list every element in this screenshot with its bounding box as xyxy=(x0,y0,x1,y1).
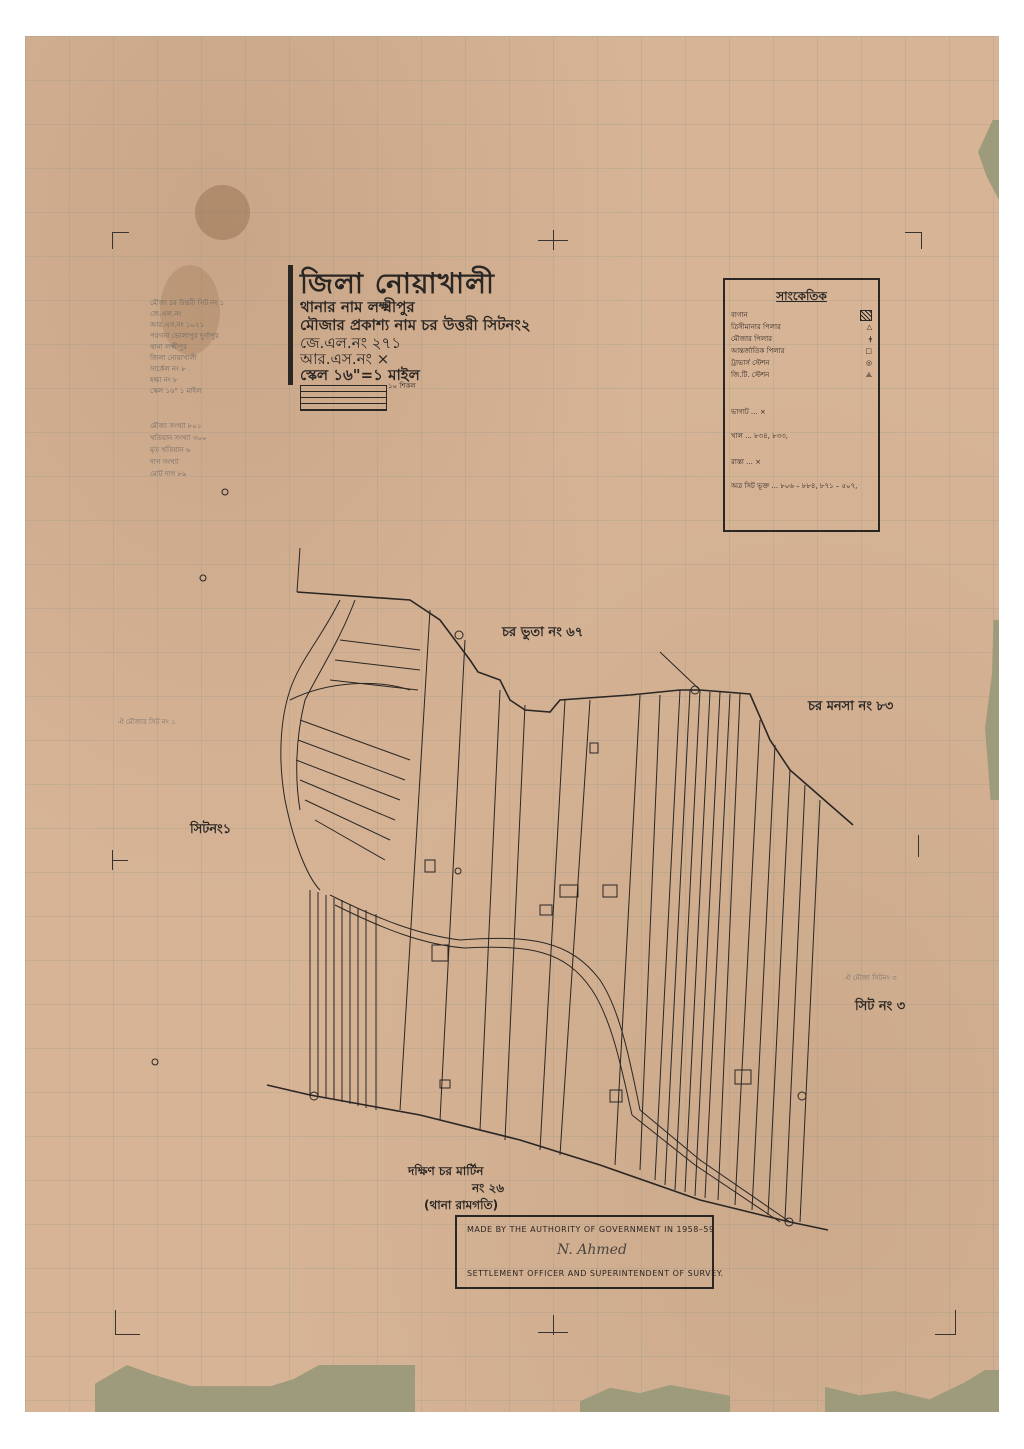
label-south-thana: (থানা রামগতি) xyxy=(424,1197,498,1217)
pencil-west-note: ঐ মৌজার সিট নং ১ xyxy=(118,716,176,728)
settlement-officer-line: SETTLEMENT OFFICER AND SUPERINTENDENT OF… xyxy=(467,1269,724,1278)
signature: N. Ahmed xyxy=(557,1242,627,1258)
label-northeast-char-mansa: চর মনসা নং ৮৩ xyxy=(808,697,893,718)
authority-line: MADE BY THE AUTHORITY OF GOVERNMENT IN 1… xyxy=(467,1225,715,1234)
authority-stamp-box: MADE BY THE AUTHORITY OF GOVERNMENT IN 1… xyxy=(455,1215,714,1289)
label-east-sheet3: সিট নং ৩ xyxy=(855,997,905,1018)
label-west-sheet1: সিটনং১ xyxy=(190,820,231,841)
label-north-char-bhuta: চর ভুতা নং ৬৭ xyxy=(502,623,583,644)
pencil-east-note: ঐ মৌজা সিটনং ৩ xyxy=(845,972,897,984)
